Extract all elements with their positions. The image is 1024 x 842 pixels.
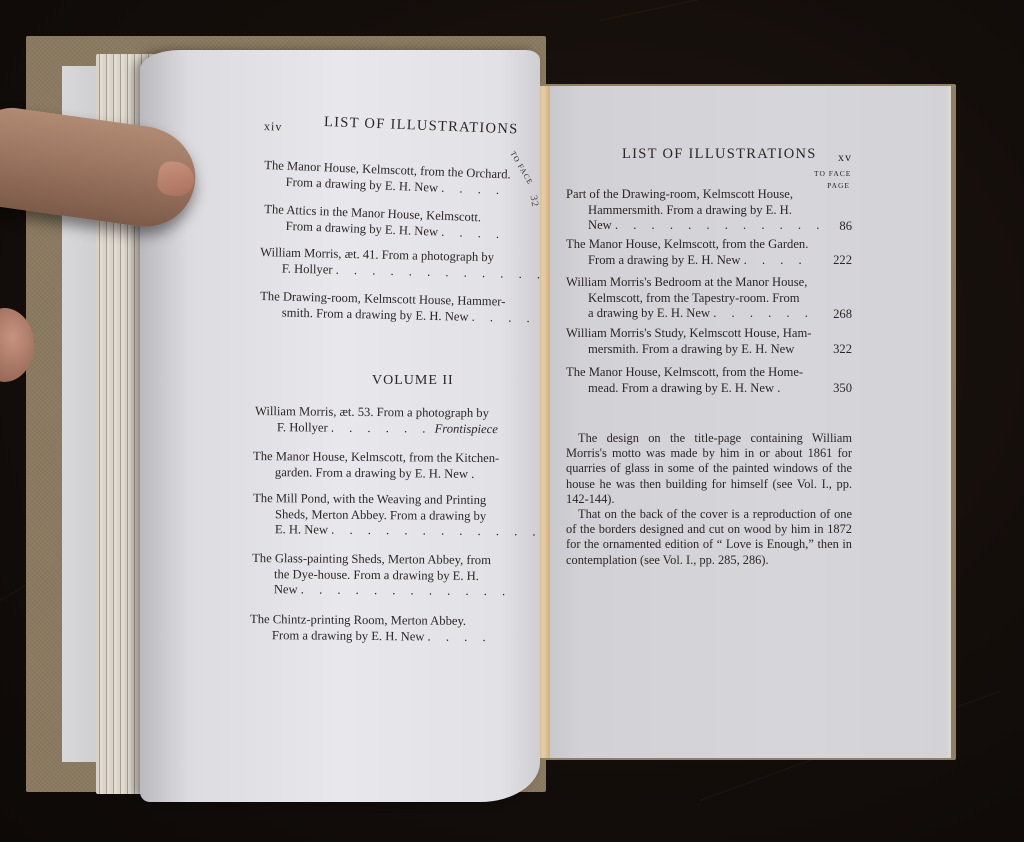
list-item: The Drawing-room, Kelmscott House, Hamme…	[260, 289, 537, 326]
list-item: William Morris's Study, Kelmscott House,…	[566, 326, 852, 357]
partial-page-number: 32	[528, 195, 541, 209]
note-paragraph: The design on the title-page containing …	[566, 431, 852, 507]
list-item: Part of the Drawing-room, Kelmscott Hous…	[566, 187, 852, 234]
right-page[interactable]: LIST OF ILLUSTRATIONS xv TO FACE PAGE Pa…	[550, 86, 951, 758]
list-item: The Attics in the Manor House, Kelmscott…	[263, 202, 506, 242]
volume-heading: VOLUME II	[372, 373, 454, 389]
wood-grain	[600, 0, 894, 21]
right-folio: xv	[838, 150, 852, 165]
list-item: The Manor House, Kelmscott, from the Orc…	[263, 158, 511, 198]
right-running-head: LIST OF ILLUSTRATIONS	[622, 146, 817, 163]
list-item: The Chintz-printing Room, Merton Abbey. …	[250, 612, 492, 645]
page-number: 222	[833, 253, 852, 269]
list-item: The Manor House, Kelmscott, from the Gar…	[566, 237, 852, 268]
list-item: The Manor House, Kelmscott, from the Kit…	[253, 449, 499, 482]
left-running-head: LIST OF ILLUSTRATIONS	[324, 114, 519, 138]
title-page-note: The design on the title-page containing …	[566, 431, 852, 568]
list-item: William Morris, æt. 41. From a photograp…	[260, 245, 547, 282]
page-number: 350	[833, 381, 852, 397]
page-number: 268	[833, 307, 852, 323]
list-item: William Morris's Bedroom at the Manor Ho…	[566, 275, 852, 322]
left-folio: xiv	[264, 119, 283, 135]
note-paragraph: That on the back of the cover is a repro…	[566, 507, 852, 568]
left-page[interactable]: xiv LIST OF ILLUSTRATIONS TO FACE The Ma…	[140, 50, 540, 802]
list-item: The Mill Pond, with the Weaving and Prin…	[253, 491, 542, 540]
list-item: The Manor House, Kelmscott, from the Hom…	[566, 365, 852, 396]
left-to-face-label: TO FACE	[507, 149, 536, 187]
list-item: William Morris, æt. 53. From a photograp…	[255, 404, 498, 437]
list-item: The Glass-painting Sheds, Merton Abbey, …	[252, 551, 512, 600]
page-number: 322	[833, 342, 852, 358]
page-number: 86	[839, 219, 852, 235]
